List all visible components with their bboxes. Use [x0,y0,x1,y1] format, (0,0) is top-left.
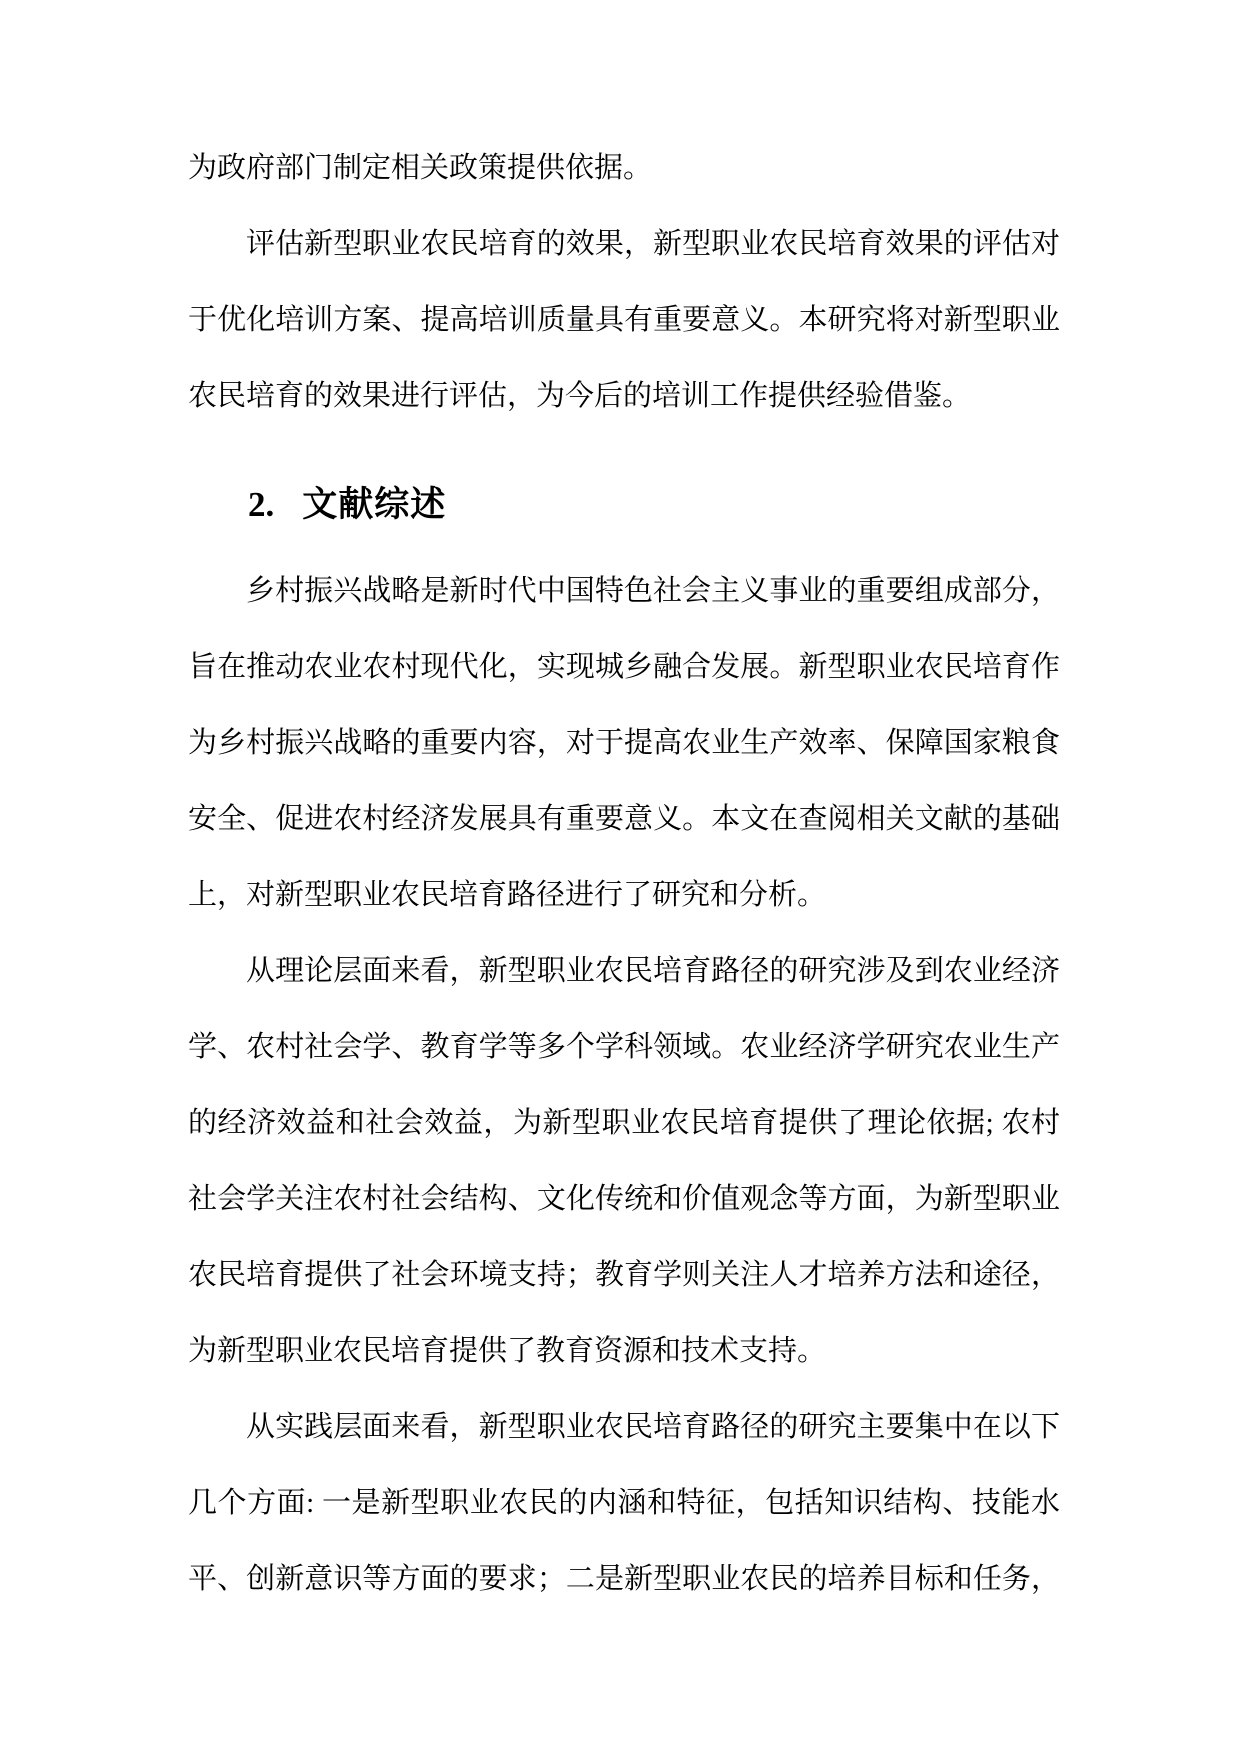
text-line: 为政府部门制定相关政策提供依据。 [188,130,1060,206]
text-line: 上，对新型职业农民培育路径进行了研究和分析。 [188,857,1060,933]
text-line: 农民培育提供了社会环境支持；教育学则关注人才培养方法和途径， [188,1237,1060,1313]
text-line: 几个方面: 一是新型职业农民的内涵和特征，包括知识结构、技能水 [188,1465,1060,1541]
text-line: 社会学关注农村社会结构、文化传统和价值观念等方面，为新型职业 [188,1161,1060,1237]
text-line: 于优化培训方案、提高培训质量具有重要意义。本研究将对新型职业 [188,282,1060,358]
page-content: 为政府部门制定相关政策提供依据。评估新型职业农民培育的效果，新型职业农民培育效果… [188,130,1060,1617]
section-heading: 2.文献综述 [188,467,1060,543]
text-line: 从理论层面来看，新型职业农民培育路径的研究涉及到农业经济 [188,933,1060,1009]
text-line: 从实践层面来看，新型职业农民培育路径的研究主要集中在以下 [188,1389,1060,1465]
text-line: 为新型职业农民培育提供了教育资源和技术支持。 [188,1313,1060,1389]
text-line: 安全、促进农村经济发展具有重要意义。本文在查阅相关文献的基础 [188,781,1060,857]
text-line: 平、创新意识等方面的要求；二是新型职业农民的培养目标和任务， [188,1541,1060,1617]
text-line: 评估新型职业农民培育的效果，新型职业农民培育效果的评估对 [188,206,1060,282]
heading-title: 文献综述 [302,485,446,524]
text-line: 旨在推动农业农村现代化，实现城乡融合发展。新型职业农民培育作 [188,629,1060,705]
text-line: 学、农村社会学、教育学等多个学科领域。农业经济学研究农业生产 [188,1009,1060,1085]
text-line: 的经济效益和社会效益，为新型职业农民培育提供了理论依据; 农村 [188,1085,1060,1161]
heading-number: 2. [248,485,274,524]
text-line: 为乡村振兴战略的重要内容，对于提高农业生产效率、保障国家粮食 [188,705,1060,781]
text-line: 农民培育的效果进行评估，为今后的培训工作提供经验借鉴。 [188,358,1060,434]
text-line: 乡村振兴战略是新时代中国特色社会主义事业的重要组成部分， [188,553,1060,629]
document-page: 为政府部门制定相关政策提供依据。评估新型职业农民培育的效果，新型职业农民培育效果… [0,0,1241,1754]
